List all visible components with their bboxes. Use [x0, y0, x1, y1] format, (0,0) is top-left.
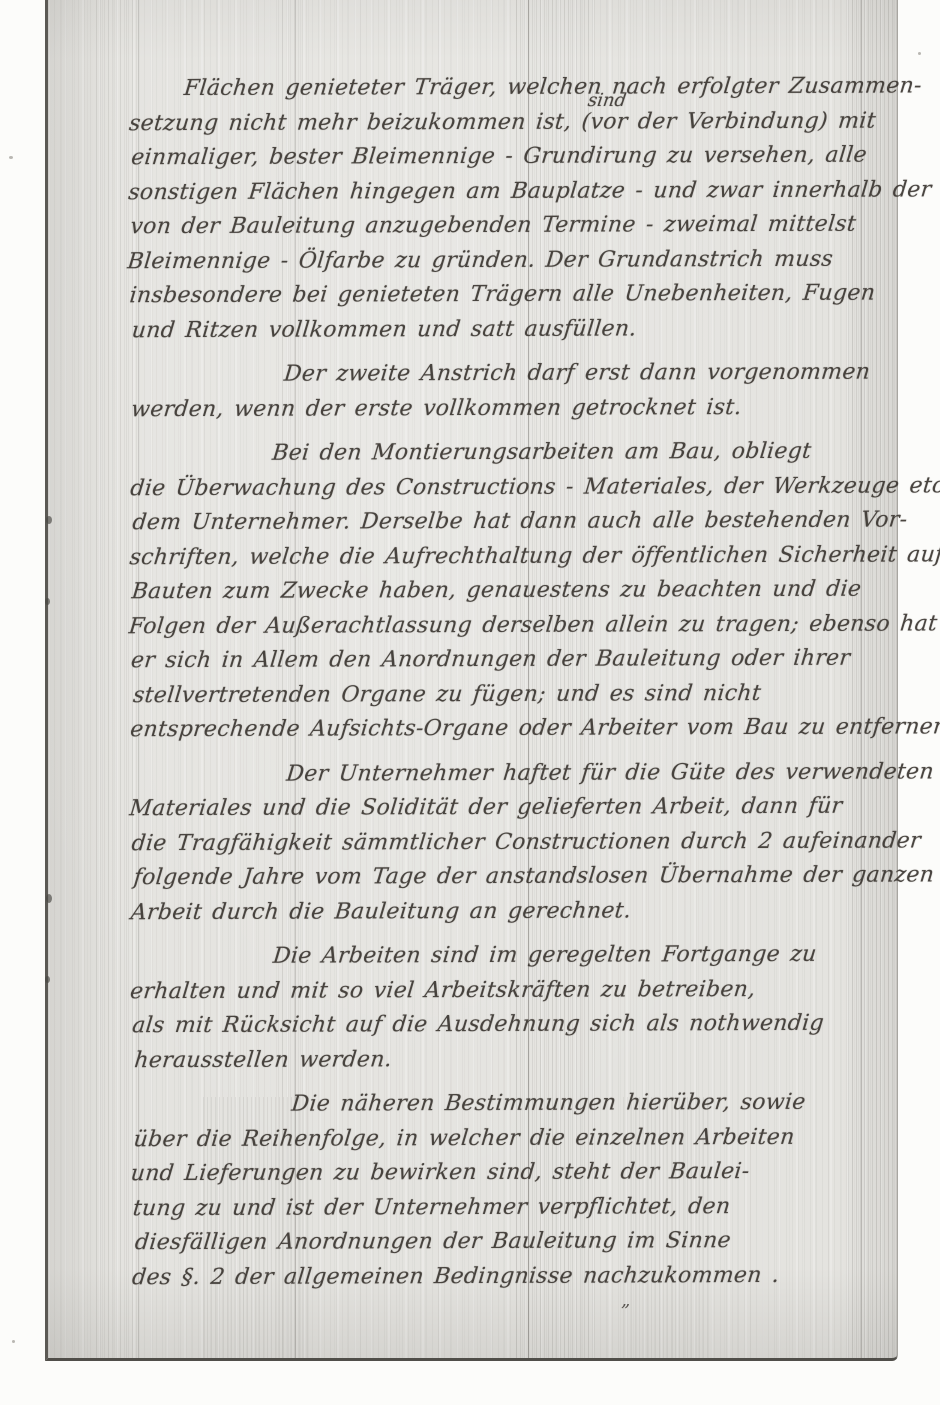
manuscript-line: und Ritzen vollkommen und satt ausfüllen… — [131, 318, 638, 342]
manuscript-line: Arbeit durch die Bauleitung an gerechnet… — [130, 900, 633, 924]
manuscript-line: die Tragfähigkeit sämmtlicher Constructi… — [130, 830, 921, 855]
manuscript-line: Die näheren Bestimmungen hierüber, sowie — [290, 1092, 806, 1116]
margin-speck — [12, 1340, 15, 1343]
manuscript-line: Die Arbeiten sind im geregelten Fortgang… — [272, 944, 818, 968]
manuscript-line: folgende Jahre vom Tage der anstandslose… — [133, 864, 936, 889]
manuscript-line: dem Unternehmer. Derselbe hat dann auch … — [131, 509, 908, 534]
manuscript-line: die Überwachung des Constructions - Mate… — [129, 475, 940, 500]
manuscript-line: erhalten und mit so viel Arbeitskräften … — [129, 979, 757, 1003]
manuscript-line: entsprechende Aufsichts-Organe oder Arbe… — [129, 716, 940, 741]
manuscript-line: Der zweite Anstrich darf erst dann vorge… — [283, 362, 871, 386]
manuscript-line: und Lieferungen zu bewirken sind, steht … — [130, 1161, 751, 1185]
margin-speck — [918, 52, 921, 55]
manuscript-line: herausstellen werden. — [133, 1049, 393, 1072]
manuscript-line: als mit Rücksicht auf die Ausdehnung sic… — [131, 1013, 825, 1037]
manuscript-line: Materiales und die Solidität der geliefe… — [128, 796, 843, 820]
manuscript-line: insbesondere bei genieteten Trägern alle… — [129, 283, 877, 308]
manuscript-line: Flächen genieteter Träger, welchen nach … — [183, 75, 923, 100]
manuscript-line: des §. 2 der allgemeinen Bedingnisse nac… — [131, 1264, 780, 1288]
manuscript-line: einmaliger, bester Bleimennige - Grundir… — [130, 145, 868, 170]
manuscript-line: Folgen der Außerachtlassung derselben al… — [128, 613, 939, 638]
manuscript-line: tung zu und ist der Unternehmer verpflic… — [132, 1196, 732, 1220]
margin-speck — [9, 156, 13, 159]
manuscript-line: werden, wenn der erste vollkommen getroc… — [130, 397, 743, 421]
manuscript-line: sonstigen Flächen hingegen am Bauplatze … — [127, 179, 932, 204]
caret-mark: „ — [621, 1290, 630, 1311]
manuscript-line: stellvertretenden Organe zu fügen; und e… — [132, 682, 762, 706]
manuscript-line: Bleimennige - Ölfarbe zu gründen. Der Gr… — [126, 248, 834, 272]
manuscript-line: setzung nicht mehr beizukommen ist, (vor… — [128, 110, 877, 135]
manuscript-paper: Flächen genieteter Träger, welchen nach … — [45, 0, 898, 1361]
manuscript-line: diesfälligen Anordnungen der Bauleitung … — [134, 1230, 732, 1254]
manuscript-line: über die Reihenfolge, in welcher die ein… — [132, 1126, 795, 1150]
manuscript-text: Flächen genieteter Träger, welchen nach … — [46, 0, 900, 1359]
manuscript-line: Der Unternehmer haftet für die Güte des … — [285, 761, 935, 785]
manuscript-line: schriften, welche die Aufrechthaltung de… — [128, 544, 940, 569]
manuscript-line: Bauten zum Zwecke haben, genauestens zu … — [131, 579, 863, 604]
scanned-document-page: Flächen genieteter Träger, welchen nach … — [0, 0, 940, 1405]
interline-insertion: sind — [587, 90, 628, 111]
manuscript-line: von der Bauleitung anzugebenden Termine … — [129, 214, 857, 239]
manuscript-line: er sich in Allem den Anordnungen der Bau… — [130, 648, 851, 673]
manuscript-line: Bei den Montierungsarbeiten am Bau, obli… — [271, 441, 812, 465]
